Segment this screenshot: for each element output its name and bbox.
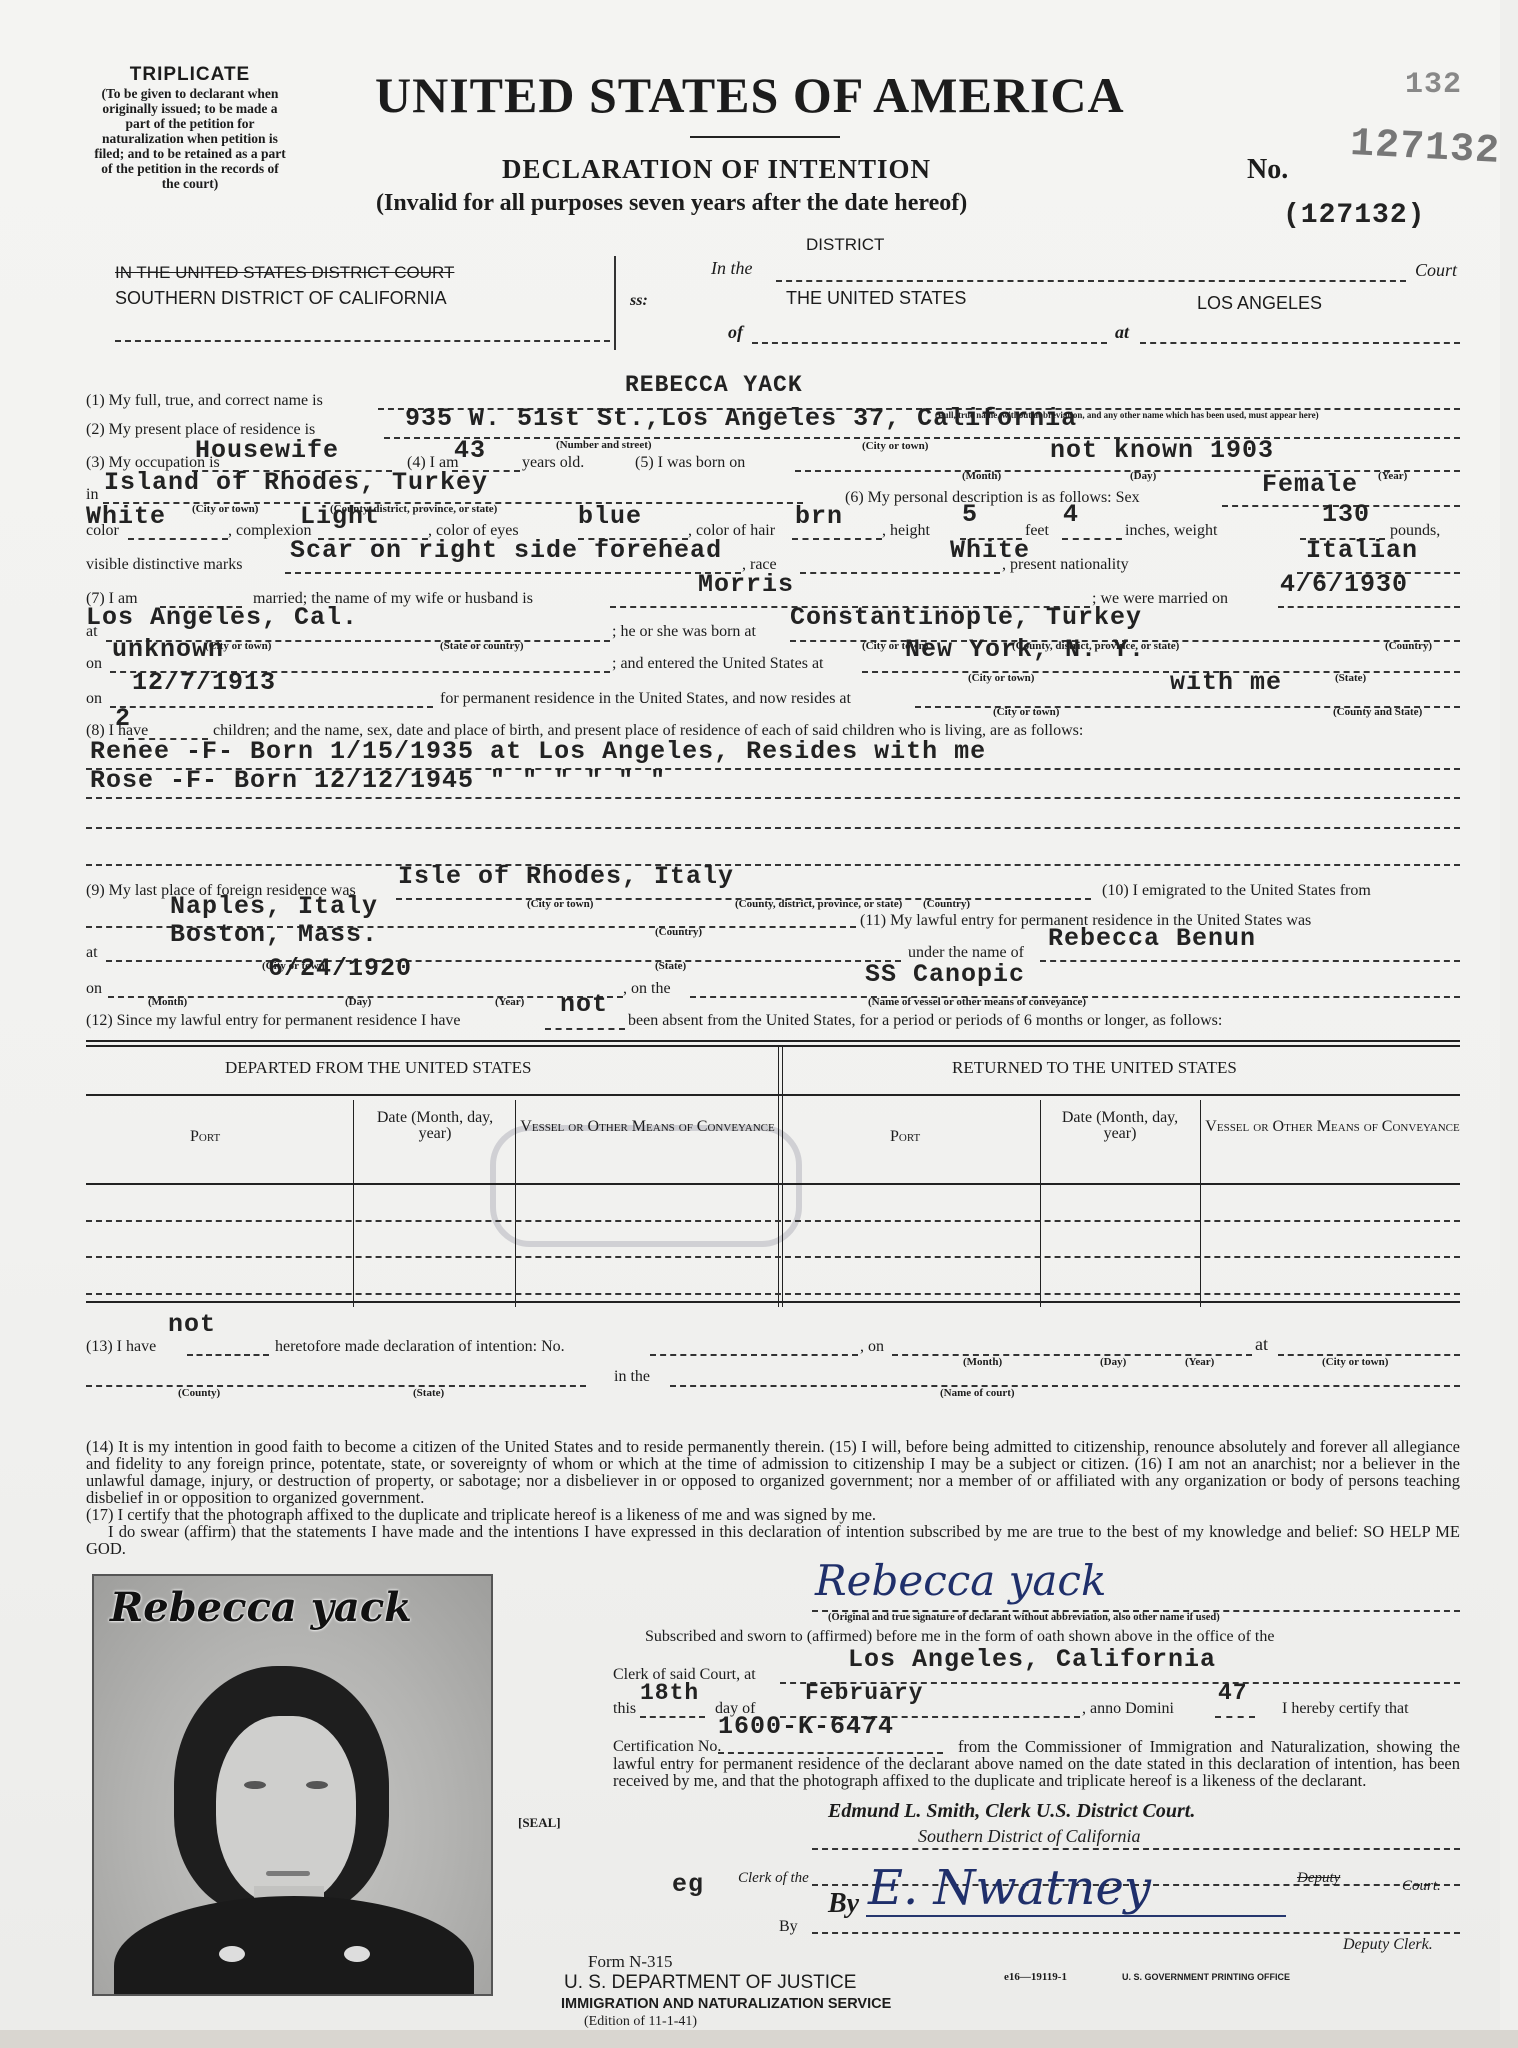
weight-value: 130 [1322,500,1370,529]
table-title-rule [86,1094,1460,1096]
height-label: , height [882,522,930,540]
edition: (Edition of 11-1-41) [584,2014,697,2030]
ss-label: ss: [630,292,648,310]
height-inches-value: 4 [1063,500,1079,529]
q1-label: (1) My full, true, and correct name is [86,392,323,410]
number-typed: (127132) [1283,200,1425,231]
spouse-entered-hint-state: (State) [1335,672,1366,684]
signature-hint: (Original and true signature of declaran… [828,1612,1220,1623]
oath-paragraph-14-16: (14) It is my intention in good faith to… [86,1438,1460,1506]
hair-line [792,538,882,540]
entered-label: ; and entered the United States at [612,655,823,673]
q5-hint-month: (Month) [962,470,1001,482]
returned-col-date: Date (Month, day, year) [1045,1110,1195,1142]
entry-on-value: 6/24/1920 [268,954,412,983]
number-stamp: 127132 [1349,122,1501,175]
court-struck-text: IN THE UNITED STATES DISTRICT COURT [115,263,454,283]
nationality-value: Italian [1306,536,1418,565]
residence-value: 935 W. 51st St.,Los Angeles 37, Californ… [405,404,1077,433]
q6-label: (6) My personal description is as follow… [845,489,1140,507]
marks-line [285,572,741,574]
court-at-line [1140,342,1460,344]
deputy-signature-underline [866,1915,1286,1917]
q13-hint-year: (Year) [1185,1356,1214,1368]
scan-edge [0,2030,1518,2048]
entry-on-hint-year: (Year) [495,996,524,1008]
eyes-value: blue [578,502,642,531]
col-sep-1 [353,1100,354,1307]
photo-brooch-left [219,1946,245,1962]
spouse-born-hint-country: (Country) [1385,640,1432,652]
entry-at-label: at [86,944,98,962]
clerk-at-value: Los Angeles, California [848,1645,1216,1674]
child-2-line [86,797,1460,799]
declaration-document: TRIPLICATE (To be given to declarant whe… [0,0,1500,2030]
photo-eye-right [306,1781,328,1789]
table-top-rule [86,1040,1460,1047]
printer: U. S. GOVERNMENT PRINTING OFFICE [1122,1972,1290,1982]
year-line [1215,1716,1255,1718]
q10-label: (10) I emigrated to the United States fr… [1102,882,1371,900]
marks-value: Scar on right side forehead [290,536,722,565]
col-sep-2 [515,1100,516,1307]
height-inches-line [1062,538,1122,540]
table-row-line-3 [86,1293,1460,1295]
table-row-line-1 [86,1220,1460,1222]
filed-stamp-ghost [490,1125,802,1247]
court-of-value: THE UNITED STATES [786,288,966,309]
birthplace-value: Island of Rhodes, Turkey [104,468,488,497]
q13-hint-county: (County) [178,1387,220,1399]
q13-label: (13) I have [86,1338,156,1356]
deputy-clerk-label: Deputy Clerk. [1343,1936,1433,1954]
q2-hint-city: (City or town) [862,440,928,452]
photo-signature: Rebecca yack [110,1584,412,1631]
q9-hint-country: (Country) [923,898,970,910]
returned-col-port: Port [890,1128,920,1146]
full-name-value: REBECCA YACK [625,372,803,398]
court-in-line [776,280,1406,282]
of-label: of [728,322,743,343]
married-on-value: 4/6/1930 [1280,570,1408,599]
entry-on-hint-day: (Day) [345,996,371,1008]
vessel-value: SS Canopic [865,960,1025,989]
q5-hint-day: (Day) [1130,470,1156,482]
table-bottom-rule [86,1301,1460,1303]
q13-at-label: at [1255,1334,1268,1355]
color-value: White [86,502,166,531]
district-word: DISTRICT [806,235,884,255]
col-sep-3 [1040,1100,1041,1307]
deputy-signature: E. Nwatney [868,1860,1151,1916]
clerk-district: Southern District of California [918,1826,1141,1847]
birthplace-hint-city: (City or town) [192,503,258,515]
in-the-label: In the [711,258,752,279]
entry-on-hint-month: (Month) [148,996,187,1008]
court-word: Court [1415,260,1457,281]
photo-brooch-right [344,1946,370,1962]
marks-label: visible distinctive marks [86,556,242,574]
entry-name-line [1040,960,1460,962]
declarant-photo: Rebecca yack [92,1574,493,1996]
inches-label: inches, weight [1125,522,1217,540]
spouse-born-on-label: on [86,655,102,673]
q9-hint-city: (City or town) [527,898,593,910]
clerk-name: Edmund L. Smith, Clerk U.S. District Cou… [828,1800,1195,1823]
spouse-entered-on-label: on [86,690,102,708]
spouse-resides-value: with me [1170,668,1282,697]
subscribed-text: Subscribed and sworn to (affirmed) befor… [645,1628,1274,1646]
declarant-signature: Rebecca yack [815,1556,1106,1605]
copy-type-block: TRIPLICATE (To be given to declarant whe… [92,64,288,191]
deputy-struck: Deputy [1297,1870,1340,1887]
clerk-district-line [812,1848,1460,1850]
residence-label: for permanent residence in the United St… [440,690,851,708]
spouse-entered-on-line [110,706,433,708]
married-at-hint-state: (State or country) [440,640,524,652]
height-feet-value: 5 [962,500,978,529]
entry-name-value: Rebecca Benun [1048,924,1256,953]
brace [614,256,624,350]
q13-line [187,1354,269,1356]
q5-line [795,470,1460,472]
number-stamp-partial: 132 [1405,68,1462,102]
department: U. S. DEPARTMENT OF JUSTICE [564,1972,856,1994]
q12-label: (12) Since my lawful entry for permanent… [86,1012,461,1030]
child-1: Renee -F- Born 1/15/1935 at Los Angeles,… [90,737,986,766]
occupation-value: Housewife [195,436,339,465]
q13-no-line [650,1354,858,1356]
certify-label: I hereby certify that [1282,1700,1409,1718]
number-label: No. [1247,154,1288,186]
spouse-born-on-value: unknown [112,635,224,664]
birth-date-value: not known 1903 [1050,436,1274,465]
q9-hint-county: (County, district, province, or state) [735,898,902,910]
returned-col-vessel: Vessel or Other Means of Conveyance [1205,1118,1460,1135]
spouse-entered-line [862,671,1460,673]
q13-text: heretofore made declaration of intention… [275,1338,565,1356]
returned-title: RETURNED TO THE UNITED STATES [952,1058,1237,1078]
on-the-label: , on the [623,980,671,998]
photo-face [216,1716,356,1906]
clerk-of-the-label: Clerk of the [738,1870,809,1887]
by-label: By [779,1918,798,1936]
court-name: SOUTHERN DISTRICT OF CALIFORNIA [115,288,447,309]
q13-court-line [670,1385,1460,1387]
vessel-hint: (Name of vessel or other means of convey… [868,996,1086,1008]
oath-paragraph-17: (17) I certify that the photograph affix… [86,1506,1460,1523]
title-divider [690,136,840,138]
married-at-value: Los Angeles, Cal. [86,603,358,632]
document-subtitle: DECLARATION OF INTENTION [502,154,931,185]
q13-on-label: , on [860,1338,884,1356]
entry-at-line [106,960,901,962]
departed-col-vessel: Vessel or Other Means of Conveyance [520,1118,775,1135]
complexion-value: Light [300,502,380,531]
q2-line [384,437,1460,439]
spouse-resides-hint-city: (City or town) [993,706,1059,718]
departed-title: DEPARTED FROM THE UNITED STATES [225,1058,531,1078]
q13-county-line [86,1385,586,1387]
q13-hint-city: (City or town) [1322,1356,1388,1368]
cert-no-value: 1600-K-6474 [718,1712,894,1741]
photo-mouth [266,1871,310,1876]
print-code: e16—19119-1 [1004,1971,1067,1983]
court-line [115,340,610,342]
color-line [128,538,228,540]
table-row-line-2 [86,1256,1460,1258]
q13-hint-month: (Month) [963,1356,1002,1368]
day-line [640,1716,705,1718]
document-title: UNITED STATES OF AMERICA [375,66,1125,124]
form-number: Form N-315 [588,1952,673,1972]
spouse-born-value: Constantinople, Turkey [790,603,1142,632]
q12-text: been absent from the United States, for … [628,1012,1222,1030]
table-header-rule [86,1183,1460,1185]
sex-value: Female [1262,470,1358,499]
q10-hint-country: (Country) [655,926,702,938]
table-divider-2 [782,1045,783,1307]
race-line [800,572,1000,574]
seal-label: [SEAL] [518,1815,561,1831]
court-at-value: LOS ANGELES [1197,293,1322,314]
entry-on-label: on [86,980,102,998]
copy-note: (To be given to declarant when originall… [92,86,288,191]
year-value: 47 [1218,1680,1248,1706]
q12-line [545,1028,625,1030]
clerk-initials: eg [672,1870,704,1899]
by-italic-label: By [828,1888,859,1920]
nationality-label: , present nationality [1002,556,1129,574]
validity-note: (Invalid for all purposes seven years af… [376,190,967,217]
col-sep-4 [1200,1100,1201,1307]
q13-value: not [168,1310,216,1339]
q5-label: (5) I was born on [635,454,745,472]
departed-col-port: Port [190,1128,220,1146]
q13-in-the-label: in the [614,1368,650,1386]
spouse-entered-on-value: 12/7/1913 [132,668,276,697]
photo-eye-left [244,1781,266,1789]
child-3-line [86,827,1460,829]
spouse-born-label: ; he or she was born at [612,623,756,641]
spouse-resides-hint-county: (County and State) [1333,706,1422,718]
q13-hint-state: (State) [413,1387,444,1399]
entry-at-hint-state: (State) [655,960,686,972]
anno-label: , anno Domini [1082,1700,1174,1718]
last-foreign-value: Isle of Rhodes, Italy [398,862,734,891]
court-label: Court. [1402,1878,1441,1895]
q2-hint-street: (Number and street) [556,439,652,451]
q13-hint-court: (Name of court) [940,1387,1015,1399]
table-divider-1 [778,1045,779,1307]
photo-dress [114,1896,474,1996]
q13-hint-day: (Day) [1100,1356,1126,1368]
q12-value: not [560,990,608,1019]
departed-col-date: Date (Month, day, year) [360,1110,510,1142]
oath-swear: I do swear (affirm) that the statements … [86,1523,1460,1557]
emigrated-from-value: Naples, Italy [170,892,378,921]
spouse-value: Morris [698,570,794,599]
q5-hint-year: (Year) [1378,470,1407,482]
by-line [812,1932,1460,1934]
age-value: 43 [454,436,486,465]
children-count-value: 2 [115,704,131,733]
spouse-entered-hint-city: (City or town) [968,672,1034,684]
this-label: this [613,1700,636,1718]
spouse-entered-at-value: New York, N. Y. [905,635,1145,664]
child-4-line [86,864,1460,866]
hair-value: brn [795,502,843,531]
cert-text: from the Commissioner of Immigration and… [613,1738,1460,1789]
month-value: February [805,1680,923,1706]
court-of-line [752,342,1107,344]
married-on-line [1278,606,1460,608]
service: IMMIGRATION AND NATURALIZATION SERVICE [561,1996,891,2012]
at-label: at [1115,322,1129,343]
day-value: 18th [640,1680,699,1706]
entry-at-value: Boston, Mass. [170,920,378,949]
q4-suffix: years old. [522,454,584,472]
child-2: Rose -F- Born 12/12/1945 " " " " " " [90,766,666,795]
copy-type: TRIPLICATE [92,64,288,86]
